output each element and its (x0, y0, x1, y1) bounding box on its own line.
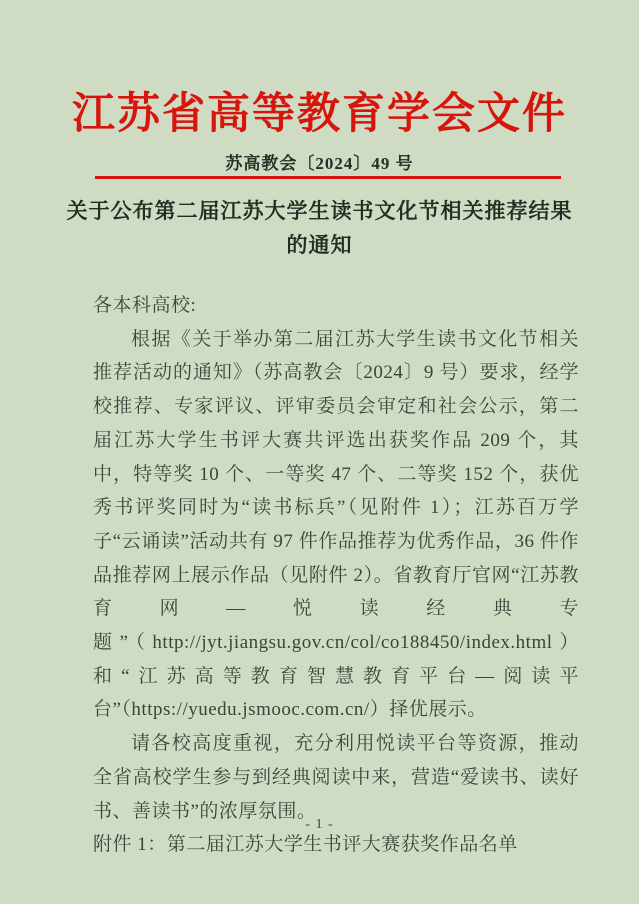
notice-title-line1: 关于公布第二届江苏大学生读书文化节相关推荐结果 (40, 194, 599, 228)
salutation: 各本科高校: (93, 289, 579, 323)
notice-title-line2: 的通知 (40, 228, 599, 262)
document-page: 江苏省高等教育学会文件 苏高教会〔2024〕49 号 关于公布第二届江苏大学生读… (0, 0, 639, 904)
page-number: - 1 - (0, 817, 639, 833)
body-paragraph-1: 根据《关于举办第二届江苏大学生读书文化节相关推荐活动的通知》（苏高教会〔2024… (93, 323, 579, 727)
document-reference-number: 苏高教会〔2024〕49 号 (0, 149, 639, 174)
notice-body: 各本科高校: 根据《关于举办第二届江苏大学生读书文化节相关推荐活动的通知》（苏高… (93, 289, 579, 862)
body-paragraph-2: 请各校高度重视，充分利用悦读平台等资源，推动全省高校学生参与到经典阅读中来，营造… (93, 727, 579, 828)
notice-title: 关于公布第二届江苏大学生读书文化节相关推荐结果 的通知 (40, 194, 599, 262)
attachment-line: 附件 1：第二届江苏大学生书评大赛获奖作品名单 (93, 828, 579, 862)
letterhead-org-title: 江苏省高等教育学会文件 (0, 80, 639, 141)
red-divider-line (95, 176, 561, 179)
